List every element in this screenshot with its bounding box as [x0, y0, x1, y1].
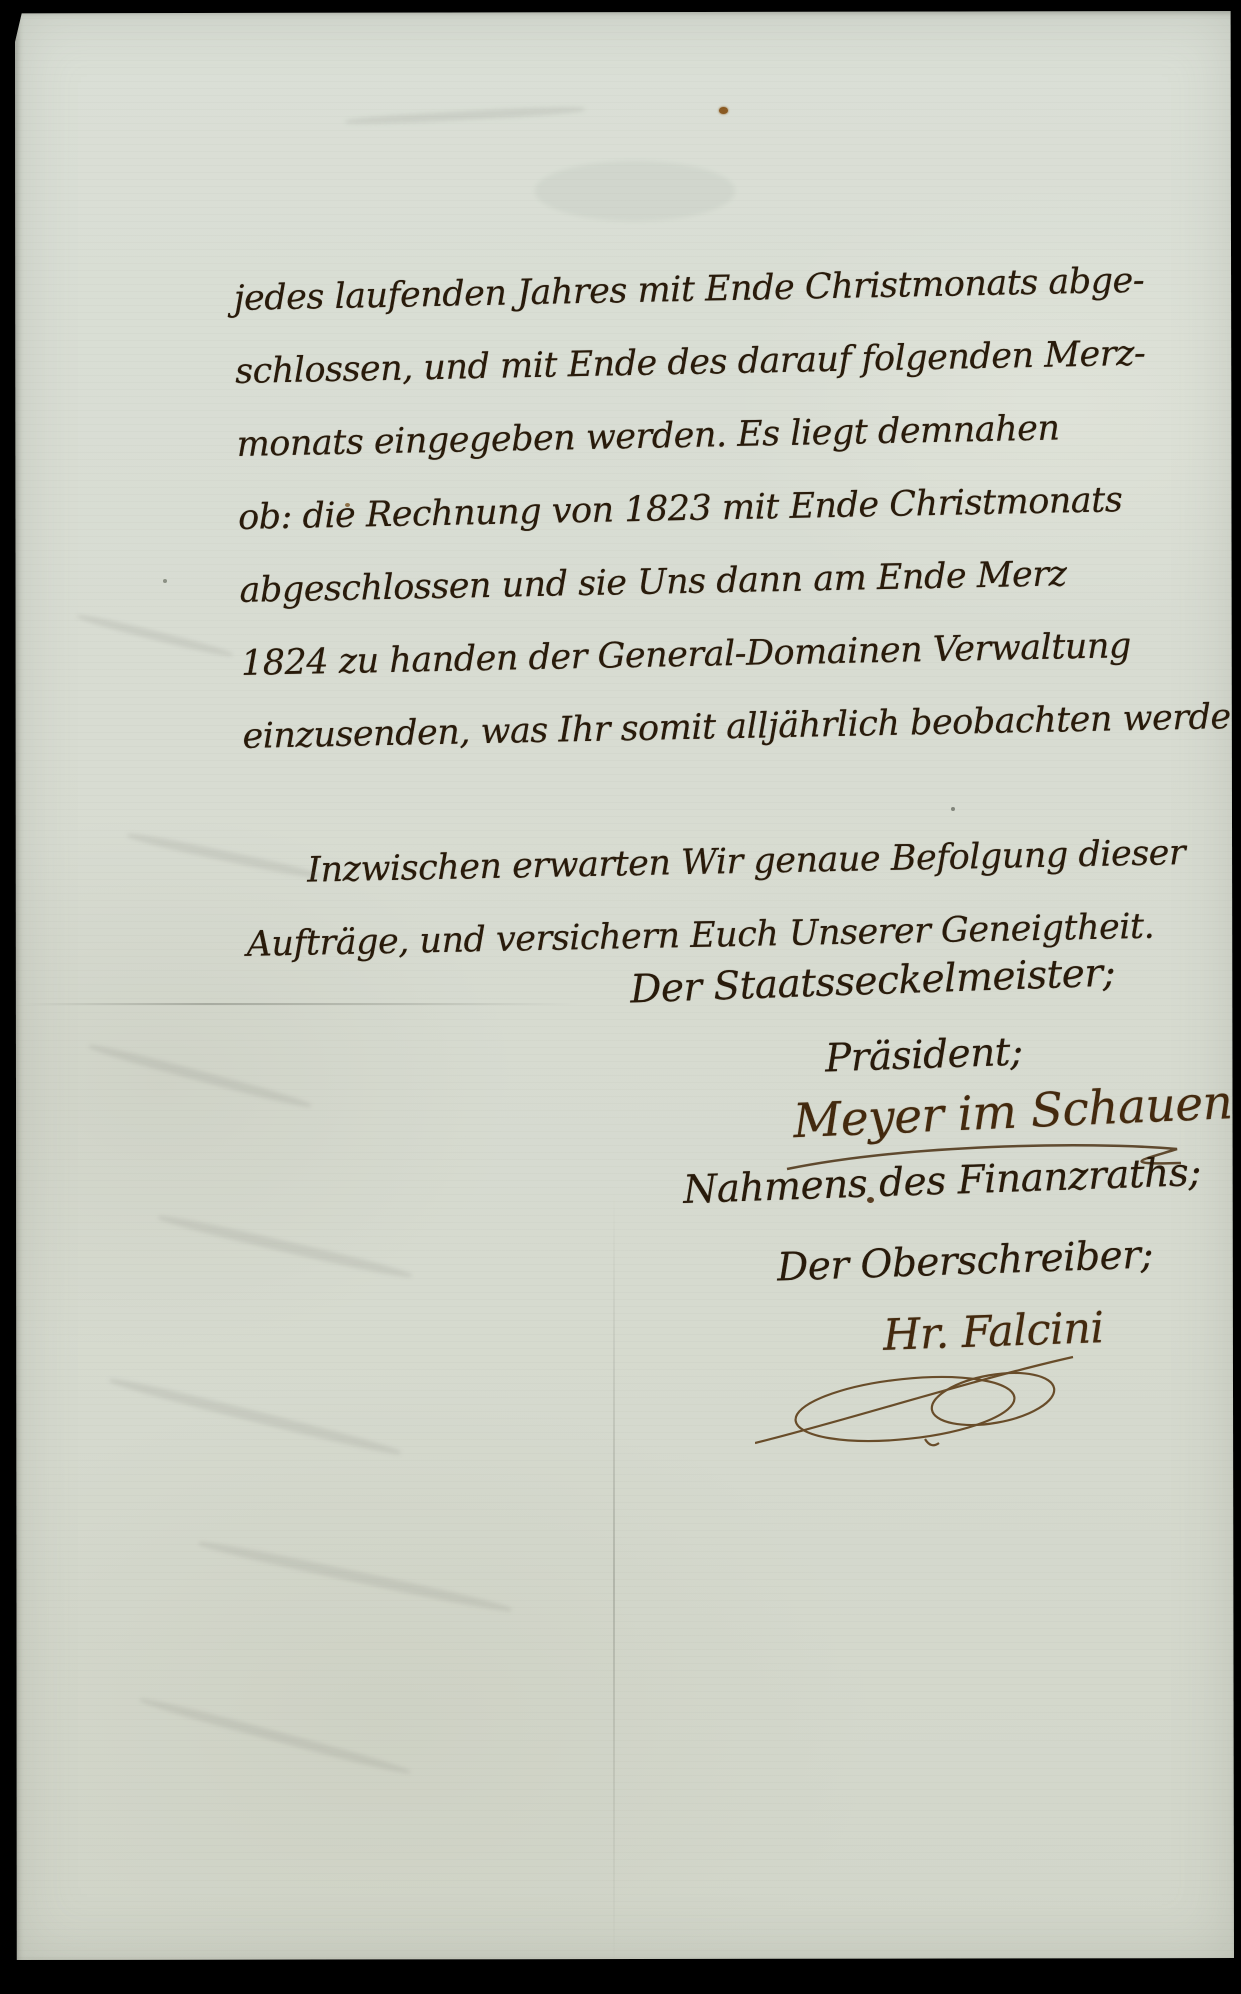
vertical-fold-crease	[613, 1191, 615, 1971]
ink-showthrough	[138, 1695, 411, 1777]
ink-showthrough	[197, 1538, 512, 1615]
closing-president-line: Präsident;	[824, 1030, 1023, 1082]
ink-showthrough	[108, 1375, 402, 1458]
closing-secretary-title: Der Oberschreiber;	[776, 1232, 1153, 1290]
ink-showthrough	[157, 1212, 413, 1281]
paper-speck	[163, 579, 167, 583]
ink-stain	[719, 107, 728, 114]
closing-on-behalf-line: Nahmens des Finanzraths;	[682, 1150, 1201, 1213]
letter-body: jedes laufenden Jahres mit Ende Christmo…	[233, 244, 1187, 982]
ink-showthrough	[345, 105, 585, 127]
ink-showthrough	[88, 1041, 313, 1110]
horizontal-fold-crease	[20, 1003, 580, 1005]
ink-showthrough	[535, 161, 735, 221]
letter-page: jedes laufenden Jahres mit Ende Christmo…	[15, 11, 1234, 1960]
signature-meyer-im-schauensee: Meyer im Schauensee	[792, 1072, 1241, 1150]
ink-showthrough	[76, 612, 233, 659]
paraph-flourish-icon	[755, 1351, 1075, 1461]
scan-background: jedes laufenden Jahres mit Ende Christmo…	[0, 0, 1241, 1994]
